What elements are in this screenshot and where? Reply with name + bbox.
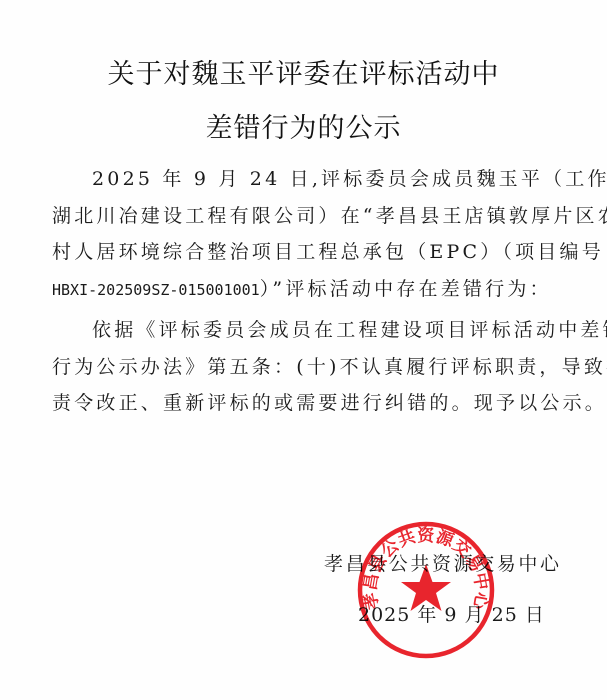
star-icon	[401, 564, 451, 611]
document-page: 关于对魏玉平评委在评标活动中 差错行为的公示 2025 年 9 月 24 日,评…	[0, 0, 607, 700]
paragraph1-line1: 2025 年 9 月 24 日,评标委员会成员魏玉平（工作单位：	[92, 167, 557, 191]
paragraph1-line4: HBXI-202509SZ-015001001）”评标活动中存在差错行为：	[52, 277, 557, 302]
document-title-line2: 差错行为的公示	[0, 106, 607, 145]
paragraph1-line3: 村人居环境综合整治项目工程总承包（EPC）（项目编号：	[52, 240, 557, 264]
paragraph1-line4-rest: ）”评标活动中存在差错行为：	[260, 278, 552, 300]
paragraph2-line1: 依据《评标委员会成员在工程建设项目评标活动中差错	[92, 318, 557, 342]
project-code: HBXI-202509SZ-015001001	[52, 281, 260, 299]
paragraph2-line2: 行为公示办法》第五条：(十)不认真履行评标职责，导致被	[52, 355, 557, 379]
document-title-line1: 关于对魏玉平评委在评标活动中	[0, 52, 607, 91]
paragraph1-line2: 湖北川冶建设工程有限公司）在“孝昌县王店镇敦厚片区农	[52, 204, 557, 228]
official-seal: 孝昌县公共资源交易中心	[356, 520, 496, 660]
paragraph2-line3: 责令改正、重新评标的或需要进行纠错的。现予以公示。	[52, 391, 557, 415]
